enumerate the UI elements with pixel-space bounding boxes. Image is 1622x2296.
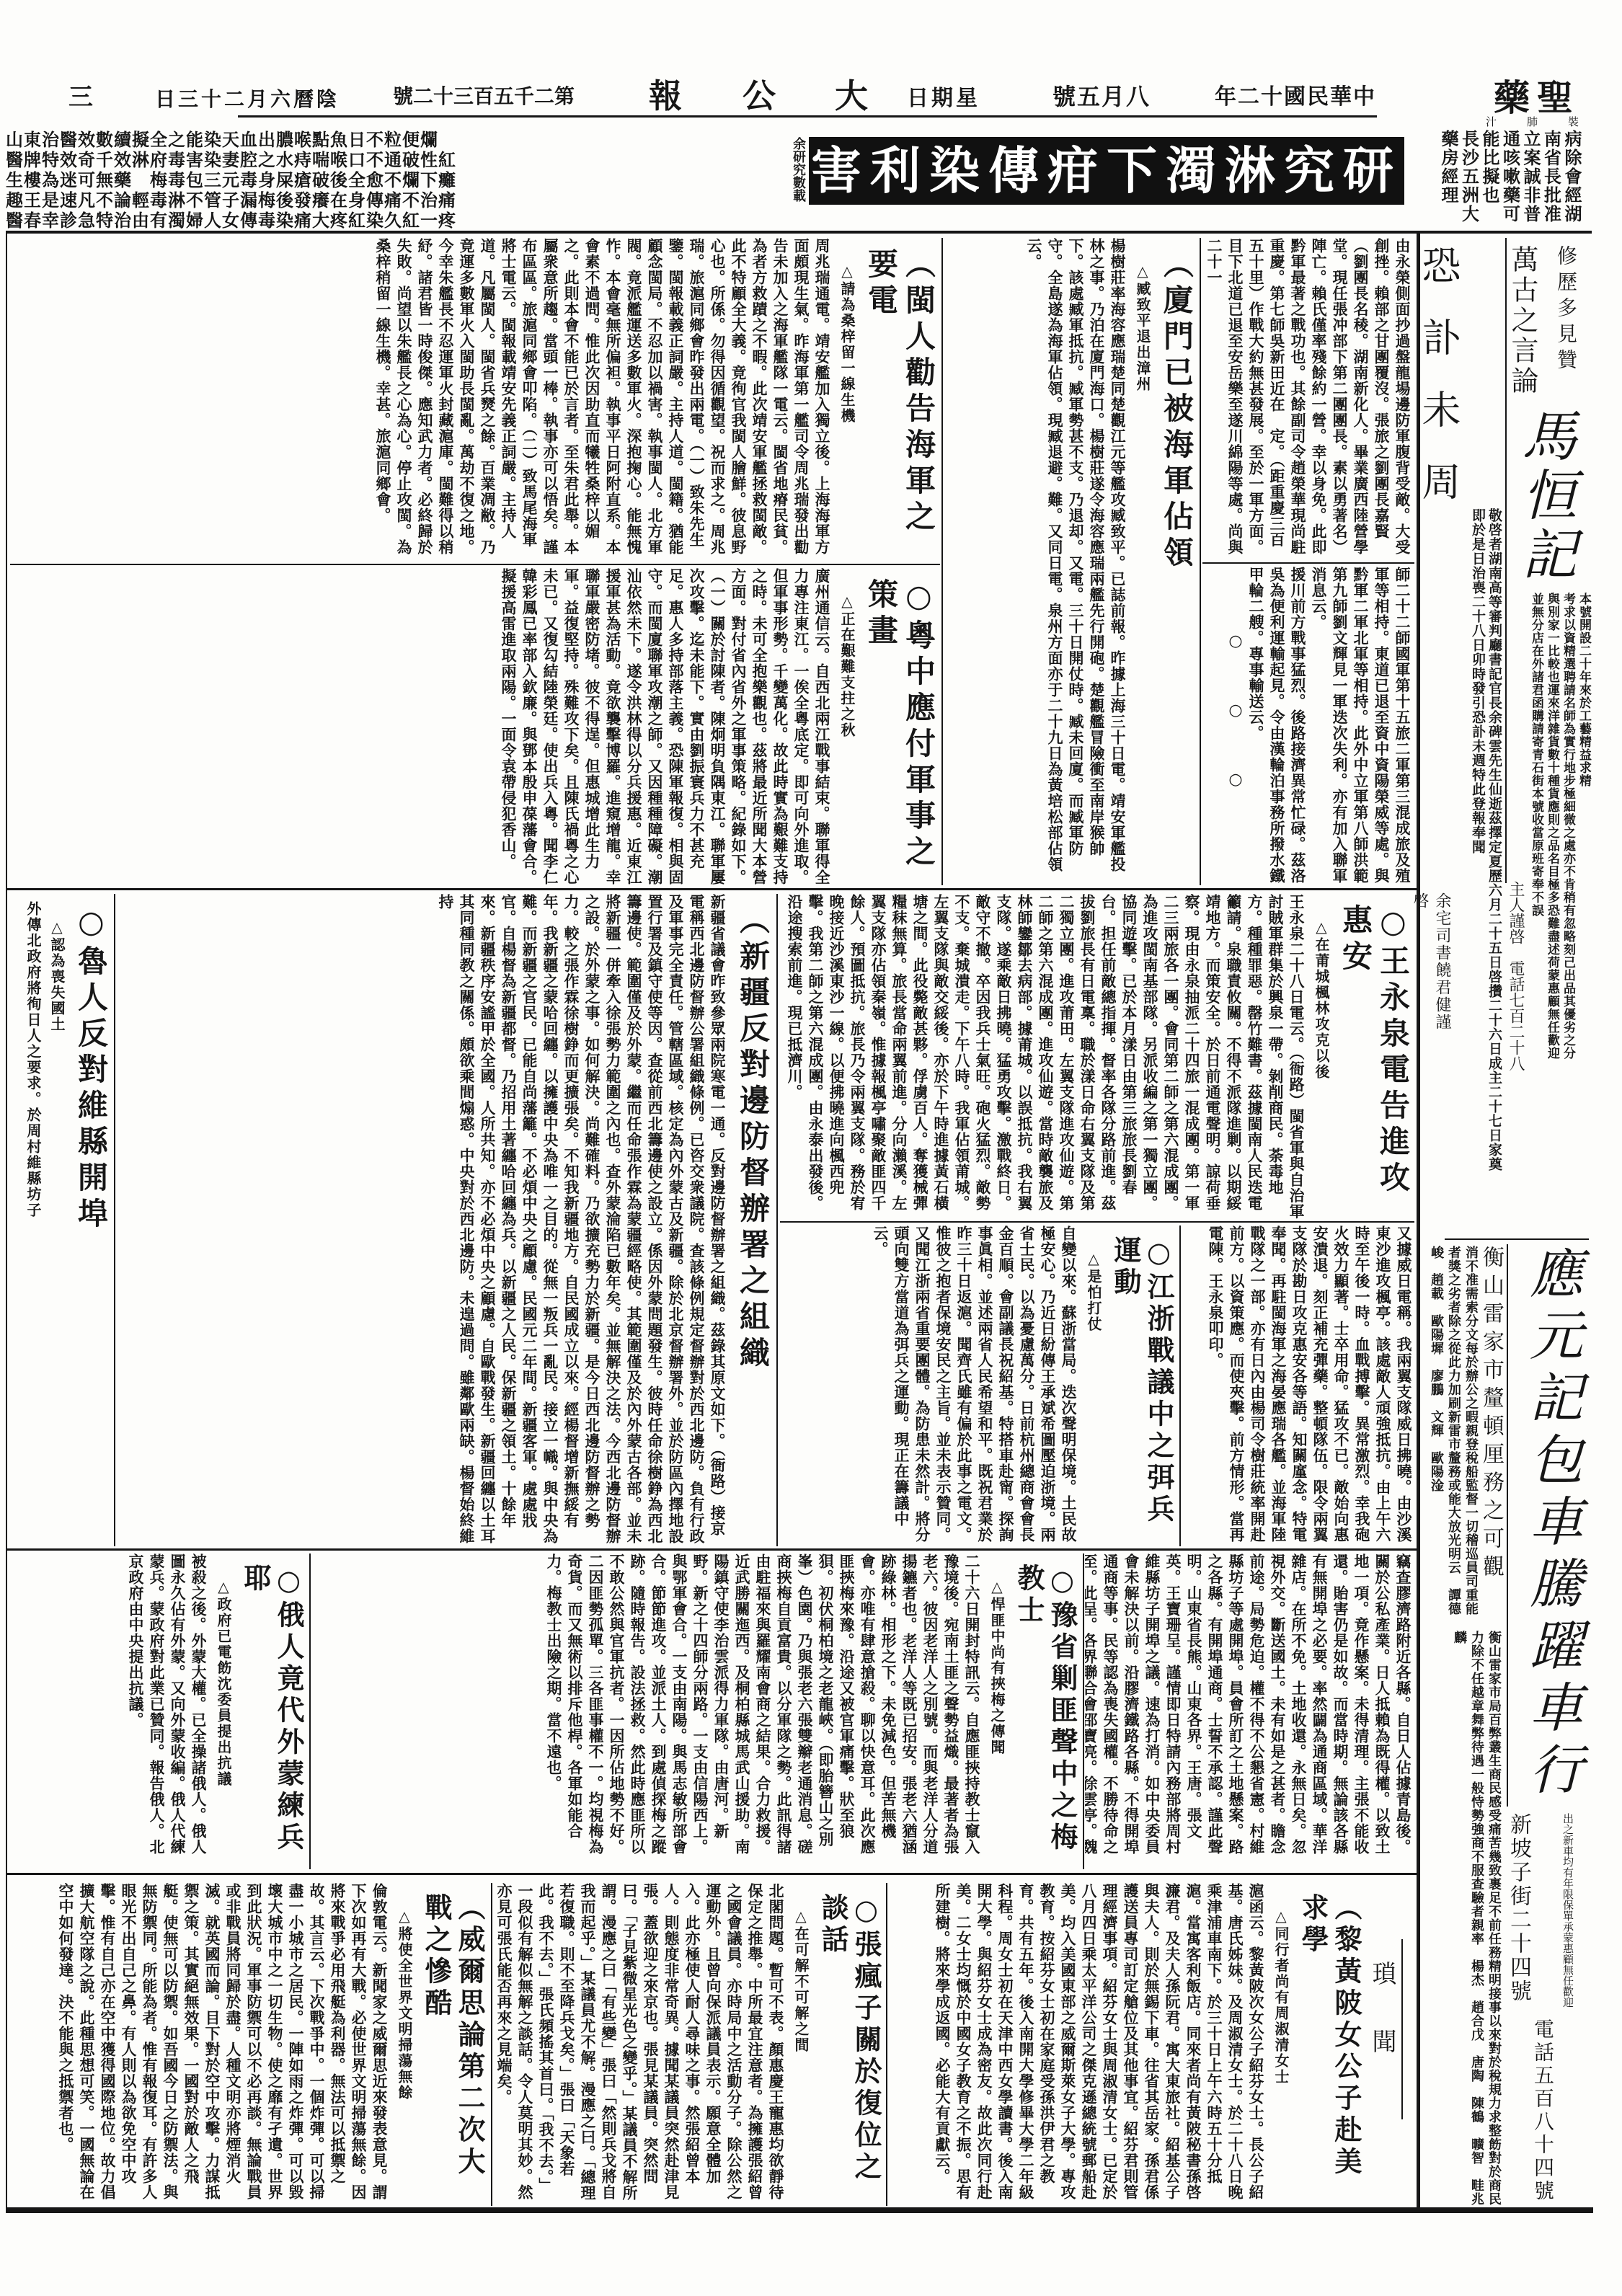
article-subhead: △臧致平退出漳州 (1133, 262, 1152, 885)
article-headline: （廈門已被海軍佔領 (1158, 248, 1195, 885)
article-body: 竊查膠濟路附近各縣。自日人佔據青島後。關於公私產業。日人抵賴為既得權。以致土地一… (1085, 1553, 1414, 1869)
ma-heng-ji-signature: 主人謹啓 電話七百二十八 (1508, 881, 1527, 1079)
article-min-ren: （閩人勸告海軍之要電 △請為桑梓留一線生機 周兆瑞通電。靖安艦加入獨立後。上海海… (10, 238, 940, 562)
headline-prefix: ○ (901, 578, 936, 619)
clinic-ad-row: 生樓為迷可無藥 梅毒包三元毒身屎瘡破後全愈不爛下癱 (6, 170, 792, 190)
headline-text: 王永泉電告進攻惠安 (1338, 904, 1411, 1197)
article-e-ren: ○俄人竟代外蒙練兵耶 △政府已電飭沈委員提出抗議 被殺之後。外蒙大權。已全操諸俄… (9, 1553, 308, 1869)
column-rule (941, 238, 943, 885)
article-subhead: △政府已電飭沈委員提出抗議 (213, 1578, 233, 1869)
section-rule (1202, 562, 1414, 564)
column-rule (776, 894, 778, 1546)
clinic-ad: 山東治醫效數續擬全之能染天血出膿喉點魚日不粒便爛 醫牌特效奇千效淋府毒害染妻腔之… (6, 130, 792, 231)
article-subhead: △在可解不可解之間 (791, 1907, 810, 2206)
omission-markers: ○○○ (1225, 631, 1246, 885)
headline-prefix: ○ (1143, 1236, 1175, 1272)
masthead-issue-number: 第二千五百三十二號 (393, 87, 575, 107)
article-lu-ren-continued: 竊查膠濟路附近各縣。自日人佔據青島後。關於公私產業。日人抵賴為既得權。以致土地一… (1085, 1553, 1414, 1869)
ma-heng-ji-column: 考求以資精選聘請名師為實行地步極細微之處亦不肯稍有忽略刻己出品其優劣之分 (1560, 593, 1576, 1076)
article-headline: （黎黃陂女公子赴美求學 (1296, 1893, 1362, 2206)
ying-yuan-ji-name: 應元記包車騰躍車行 (1530, 1246, 1590, 1808)
masthead-title-char-bao: 報 (649, 79, 682, 112)
column-rule (1179, 1225, 1181, 1546)
column-rule (114, 894, 115, 1546)
article-body: 援川前方戰事猛烈。後路接濟異常忙碌。茲洛吳為便利運輸起見。令由漢輪泊事務所撥水鐵… (1246, 567, 1308, 885)
headline-text: 魯人反對維縣開埠 (74, 945, 109, 1233)
article-sichuan-continued-top: 由永榮側面抄過盤龍場邊防軍腹背受敵。大受創挫。賴部之甘團覆沒。張旅之劉團長嘉賢（… (1202, 238, 1413, 559)
column-rule (1083, 1553, 1084, 1869)
article-body: 又據威日電稱。我兩翼支隊威日拂曉。由沙溪東沙進攻楓亭。該處敵人頑強抵抗。由上午六… (1205, 1225, 1414, 1546)
obituary-column: 即於是日治喪二十八日卯時發引恐訃未週特此登報奉聞 (1469, 508, 1486, 1229)
banner-ad-title: 研究淋濁下疳傳染利害 (809, 137, 1404, 205)
ma-heng-ji-column: 並無分店在外諸君函購請寄青石街本號收當原班寄奉不誤 (1528, 593, 1544, 1076)
masthead-lunar-date: 陰曆六月二十三日 (155, 89, 340, 110)
tier-rule (7, 1873, 1417, 1875)
ying-yuan-ji-notice: 出之新車均有年限保單承蒙惠顧無任歡迎 (1560, 1813, 1576, 2018)
article-body: 新疆省議會昨致參眾兩院寒電一通。反對邊防督辦署之組織。茲錄其原文如下。（衙路）接… (435, 894, 728, 1546)
section-label-rule (1401, 1939, 1403, 2119)
obituary-text: 敬啓者湖南高等審判廳書記官長余碑雲先生仙逝茲擇定夏歷六月二十五日啓攢二十六日成主… (1466, 508, 1502, 1229)
sheng-yao-column: 藥房經理 (1438, 130, 1459, 227)
article-headline: （威爾思論第二次大戰之慘酷 (420, 1893, 486, 2206)
sheng-yao-column: 通咳嗽藥可 (1499, 130, 1520, 227)
ad-rule (1445, 1238, 1589, 1240)
headline-text: 威爾思論第二次大戰之慘酷 (420, 1893, 486, 2178)
article-body: 滬函云。黎黃陂次女公子紹芬女士。長公子紹基。唐氏姊妹。及周淑清女士。於二十八日晚… (932, 1883, 1267, 2206)
headline-prefix: ○ (272, 1564, 305, 1600)
article-body: 北閣問題。暫可不表。顏惠慶王寵惠均欲靜待保定之推舉。中所最宜注意者。為擁護張紹曾… (495, 1883, 786, 2206)
headline-text: 俄人竟代外蒙練兵耶 (239, 1564, 305, 1854)
clinic-ad-row: 山東治醫效數續擬全之能染天血出膿喉點魚日不粒便爛 (6, 130, 792, 150)
ma-heng-ji-name: 馬恒記 (1518, 407, 1585, 588)
sheng-yao-ad: 聖藥 裝 肺 汁 病除會經湖 南省長批准 立案誠非普 通咳嗽藥可 能比擬也 長沙… (1431, 66, 1586, 229)
article-lead: 外傳北政府將徇日人之要求。於周村維縣坊子 (23, 901, 43, 1546)
article-headline: ○粵中應付軍事之策畫 (862, 578, 937, 885)
article-headline: ○俄人竟代外蒙練兵耶 (239, 1564, 305, 1869)
headline-text: 粵中應付軍事之策畫 (864, 578, 936, 872)
article-body: 廣州通信云。自西北兩江戰事結束。聯軍得全力專注東江。一俟全粵底定。即可向外進取。… (498, 568, 833, 885)
sheng-yao-mark: 裝 (1568, 114, 1579, 129)
article-sichuan-continued-bottom: 師二十二師國軍第十五旅二軍第三混成旅及殖軍等相持。東道已退至資中資陽榮威等處。與… (1202, 567, 1413, 885)
masthead-title-char-gong: 公 (743, 79, 776, 112)
column-rule (491, 1883, 492, 2206)
article-headline: （閩人勸告海軍之要電 (862, 248, 937, 562)
headline-prefix: （ (1330, 1893, 1362, 1925)
tier-rule (7, 1548, 1417, 1551)
column-rule (886, 1883, 887, 2206)
clinic-ad-row: 醫牌特效奇千效淋府毒害染妻腔之水痔喘喉口不通破性紅 (6, 150, 792, 170)
bottom-rule (6, 2207, 1593, 2213)
sheng-yao-column: 長沙五洲大 (1458, 130, 1479, 227)
headline-text: 新疆反對邊防督辦署之組織 (735, 940, 771, 1373)
headline-prefix: ○ (850, 1893, 882, 1930)
section-rule (10, 564, 940, 565)
clinic-ad-row: 趣王是速凡不論輕毒淋不管子漏梅後發癢在身傳痛不治痛 (6, 190, 792, 210)
obituary-column: 敬啓者湖南高等審判廳書記官長余碑雲先生仙逝茲擇定夏歷六月二十五日啓攢二十六日成主… (1486, 508, 1502, 1229)
sheng-yao-mark: 汁 (1486, 114, 1497, 129)
headline-prefix: ○ (1046, 1564, 1078, 1600)
column-rule (309, 1553, 311, 1869)
section-label: 瑣聞 (1370, 1961, 1400, 2105)
top-strip-rule (6, 231, 1592, 234)
article-headline: ○王永泉電告進攻惠安 (1337, 904, 1412, 1220)
masthead-weekday: 星期日 (907, 88, 980, 110)
headline-prefix: （ (1159, 248, 1195, 284)
headline-text: 廈門已被海軍佔領 (1159, 284, 1195, 572)
sheng-yao-column: 立案誠非普 (1520, 130, 1541, 227)
article-headline: ○江浙戰議中之弭兵運動 (1109, 1236, 1175, 1546)
section-rule (780, 1221, 1414, 1223)
article-subhead: △是怕打仗 (1083, 1250, 1103, 1546)
article-subhead: △同行者尚有周淑清女士 (1271, 1907, 1290, 2206)
ying-yuan-ji-address: 新坡子街二十四號 (1510, 1813, 1534, 2015)
article-subhead: △請為桑梓留一線生機 (837, 262, 856, 562)
hengshan-headline: 衡山雷家市釐頓厘務之可觀 (1482, 1246, 1507, 1628)
column-rule (1200, 238, 1201, 885)
article-body: 周兆瑞通電。靖安艦加入獨立後。上海海軍方面頗現生氣。昨海軍第一艦司令周兆瑞發出勸… (373, 238, 833, 562)
article-headline: ○豫省剿匪聲中之梅教士 (1012, 1564, 1078, 1869)
article-headline: ○魯人反對維縣開埠 (72, 904, 110, 1546)
masthead-underline (238, 115, 1377, 118)
headline-text: 黎黃陂女公子赴美求學 (1297, 1893, 1362, 2178)
masthead-date: 八月五號 (1052, 85, 1151, 108)
headline-prefix: ○ (74, 904, 109, 945)
headline-prefix: （ (901, 248, 936, 284)
article-zhang-fengzi: ○張瘋子關於復位之談話 △在可解不可解之間 北閣問題。暫可不表。顏惠慶王寵惠均欲… (495, 1883, 885, 2206)
ma-heng-ji-slogan: 萬古之言論 (1511, 245, 1543, 400)
article-body: 師二十二師國軍第十五旅二軍第三混成旅及殖軍等相持。東道已退至資中資陽榮威等處。與… (1308, 567, 1413, 885)
ma-heng-ji-column: 與別家一比較也運來洋雜貨數十種貨應則之品名目極多恐難盡述荷蒙惠顧無任歡迎 (1544, 593, 1560, 1076)
headline-text: 閩人勸告海軍之要電 (864, 248, 936, 536)
article-xiamen: （廈門已被海軍佔領 △臧致平退出漳州 楊樹莊率海容應瑞楚同楚觀江元等艦攻臧致平。… (944, 238, 1198, 885)
article-wang-yongquan: ○王永泉電告進攻惠安 △在莆城楓林攻克以後 王永泉二十八日電云。（衙路）閩省軍與… (780, 894, 1414, 1220)
headline-text: 張瘋子關於復位之談話 (817, 1893, 882, 2184)
sheng-yao-column: 病除會經湖 (1561, 130, 1582, 227)
clinic-ad-row: 醫春幸診急特治由有濁婦人女傳毒染痛大疼紅染久紅一疼 (6, 210, 792, 231)
article-wells: （威爾思論第二次大戰之慘酷 △將使全世界文明掃蕩無餘 倫敦電云。新聞家之威爾思近… (9, 1883, 489, 2206)
sheng-yao-mark: 肺 (1527, 114, 1538, 129)
left-border (6, 234, 7, 2210)
article-body: 二十六日開封特訊云。自應匪挾持教士竄入豫境後。宛南土匪之聲勢益熾。最著者為張老六… (544, 1553, 983, 1869)
article-headline: ○張瘋子關於復位之談話 (816, 1893, 882, 2206)
article-subhead: △將使全世界文明掃蕩無餘 (394, 1907, 414, 2206)
newspaper-page: 三 陰曆六月二十三日 第二千五百三十二號 報 公 大 星期日 八月五號 中華民國… (0, 0, 1622, 2296)
article-jiangzhe: ○江浙戰議中之弭兵運動 △是怕打仗 自變以來。蘇浙當局。迭次聲明保境。土民故極安… (780, 1225, 1178, 1546)
ad-rule (1507, 1244, 1508, 1807)
article-xinjiang: （新疆反對邊防督辦署之組織 新疆省議會昨致參眾兩院寒電一通。反對邊防督辦署之組織… (117, 894, 774, 1546)
obituary-signature: 余宅司書饒君健謹啓 (1433, 892, 1453, 1044)
ma-heng-ji-text: 本號開設二十年來於工藝精益求精 考求以資精選聘請名師為實行地步極細微之處亦不肯稍… (1527, 593, 1592, 1076)
article-yu-sheng: ○豫省剿匪聲中之梅教士 △悍匪中尚有挾梅之傳聞 二十六日開封特訊云。自應匪挾持教… (311, 1553, 1081, 1869)
masthead-title-char-da: 大 (835, 79, 868, 112)
article-body: 被殺之後。外蒙大權。已全操諸俄人。俄人圖永久佔有外蒙。又向外蒙收編。俄人代練蒙兵… (125, 1553, 209, 1869)
article-lu-ren: ○魯人反對維縣開埠 △認為喪失國土 外傳北政府將徇日人之要求。於周村維縣坊子 (9, 894, 112, 1546)
article-subhead: △悍匪中尚有挾梅之傳聞 (987, 1578, 1006, 1869)
headline-prefix: （ (735, 904, 771, 940)
article-subhead: △認為喪失國土 (47, 918, 66, 1546)
obituary-title: 恐訃未周 (1427, 245, 1466, 541)
article-body: 王永泉二十八日電云。（衙路）閩省軍與自治軍討賊軍群集於興泉一帶。剝削商民。荼毒地… (784, 894, 1307, 1220)
ma-heng-ji-column: 本號開設二十年來於工藝精益求精 (1576, 593, 1592, 1076)
banner-side-note: 余研究數載 (793, 137, 807, 209)
sheng-yao-column: 南省長批准 (1541, 130, 1561, 227)
article-yue-zhong: ○粵中應付軍事之策畫 △正在艱難支拄之秋 廣州通信云。自西北兩江戰事結束。聯軍得… (10, 568, 940, 885)
article-subhead: △在莆城楓林攻克以後 (1311, 918, 1331, 1220)
sheng-yao-column: 能比擬也 (1479, 130, 1500, 227)
article-body: 楊樹莊率海容應瑞楚同楚觀江元等艦攻臧致平。已誌前報。昨據上海三十日電。靖安軍艦投… (1024, 238, 1128, 885)
sheng-yao-text: 病除會經湖 南省長批准 立案誠非普 通咳嗽藥可 能比擬也 長沙五洲大 藥房經理 (1437, 130, 1582, 227)
article-subhead: △正在艱難支拄之秋 (837, 593, 856, 885)
article-li-huangpi: （黎黃陂女公子赴美求學 △同行者尚有周淑清女士 滬函云。黎黃陂次女公子紹芬女士。… (890, 1883, 1365, 2206)
headline-text: 江浙戰議中之弭兵運動 (1109, 1236, 1175, 1526)
headline-prefix: （ (453, 1893, 486, 1925)
headline-prefix: ○ (1375, 904, 1411, 945)
ying-yuan-ji-phone: 電話五百八十四號 (1535, 2018, 1557, 2209)
masthead-page-number: 三 (68, 85, 93, 110)
article-body: 倫敦電云。新聞家之威爾思近來發表意見。謂下次如再有大戰。必使世界文明掃蕩無餘。因… (56, 1883, 390, 2206)
hengshan-body-upper: 消不准需索分文每於辦公之暇親登稅船監督一切稽巡員司重能者獎之劣者除之從此力加刷新… (1424, 1246, 1479, 1622)
article-body: 由永榮側面抄過盤龍場邊防軍腹背受敵。大受創挫。賴部之甘團覆沒。張旅之劉團長嘉賢（… (1204, 238, 1413, 559)
ma-heng-ji-tagline: 修歷多見贊 (1557, 245, 1580, 382)
article-body: 自變以來。蘇浙當局。迭次聲明保境。土民故極安心。乃近日紛傳王承斌希圖壓迫浙境。兩… (870, 1225, 1079, 1546)
masthead-year: 中華民國十二年 (1215, 87, 1376, 108)
headline-text: 豫省剿匪聲中之梅教士 (1013, 1564, 1078, 1854)
hengshan-body-lower: 衡山雷家市局百弊叢生商民感受痛苦幾致裹足不前任務精明接事以來對於稅規力求整飭對於… (1424, 1631, 1502, 2207)
article-wang-yongquan-continued: 又據威日電稱。我兩翼支隊威日拂曉。由沙溪東沙進攻楓亭。該處敵人頑強抵抗。由上午六… (1182, 1225, 1414, 1546)
banner-ad: 研究淋濁下疳傳染利害 (809, 137, 1404, 205)
article-headline: （新疆反對邊防督辦署之組織 (734, 904, 771, 1546)
tier-rule (7, 888, 1417, 890)
